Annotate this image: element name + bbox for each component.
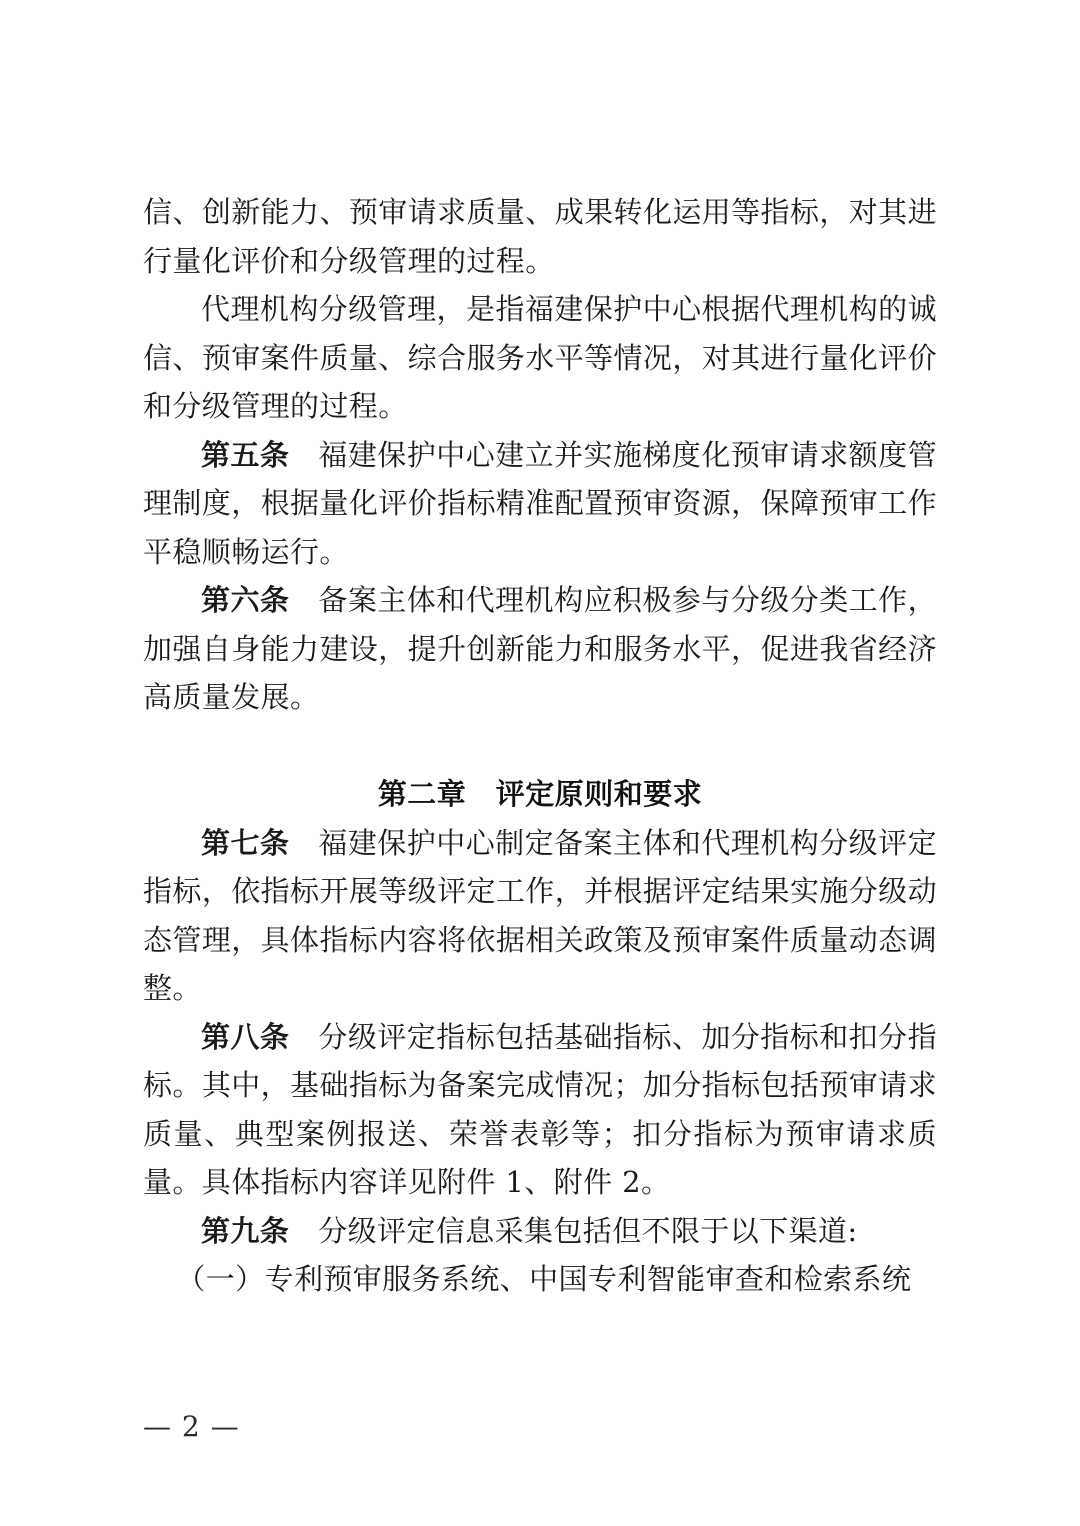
document-body: 信、创新能力、预审请求质量、成果转化运用等指标，对其进行量化评价和分级管理的过程… — [143, 188, 937, 1304]
paragraph: 第七条福建保护中心制定备案主体和代理机构分级评定指标，依指标开展等级评定工作，并… — [143, 819, 937, 1013]
article-number-label: 第八条 — [201, 1020, 289, 1054]
paragraph: 代理机构分级管理，是指福建保护中心根据代理机构的诚信、预审案件质量、综合服务水平… — [143, 285, 937, 431]
paragraph: 第八条分级评定指标包括基础指标、加分指标和扣分指标。其中，基础指标为备案完成情况… — [143, 1013, 937, 1207]
paragraph: 第九条分级评定信息采集包括但不限于以下渠道: — [143, 1207, 937, 1256]
article-number-label: 第六条 — [201, 583, 289, 617]
paragraph-text: （一）专利预审服务系统、中国专利智能审查和检索系统 — [176, 1262, 911, 1296]
page-number: — 2 — — [143, 1407, 240, 1447]
paragraph: 第五条福建保护中心建立并实施梯度化预审请求额度管理制度，根据量化评价指标精准配置… — [143, 431, 937, 577]
document-page: 信、创新能力、预审请求质量、成果转化运用等指标，对其进行量化评价和分级管理的过程… — [0, 0, 1080, 1526]
paragraph: （一）专利预审服务系统、中国专利智能审查和检索系统 — [143, 1255, 937, 1304]
paragraph-text: 信、创新能力、预审请求质量、成果转化运用等指标，对其进行量化评价和分级管理的过程… — [143, 195, 937, 278]
paragraph-text: 分级评定信息采集包括但不限于以下渠道: — [318, 1214, 857, 1248]
chapter-heading: 第二章 评定原则和要求 — [143, 770, 937, 819]
article-number-label: 第九条 — [201, 1214, 289, 1248]
article-number-label: 第五条 — [201, 438, 289, 472]
paragraph-text: 代理机构分级管理，是指福建保护中心根据代理机构的诚信、预审案件质量、综合服务水平… — [143, 292, 937, 423]
paragraph: 第六条备案主体和代理机构应积极参与分级分类工作，加强自身能力建设，提升创新能力和… — [143, 576, 937, 722]
article-number-label: 第七条 — [201, 826, 289, 860]
paragraph: 信、创新能力、预审请求质量、成果转化运用等指标，对其进行量化评价和分级管理的过程… — [143, 188, 937, 285]
